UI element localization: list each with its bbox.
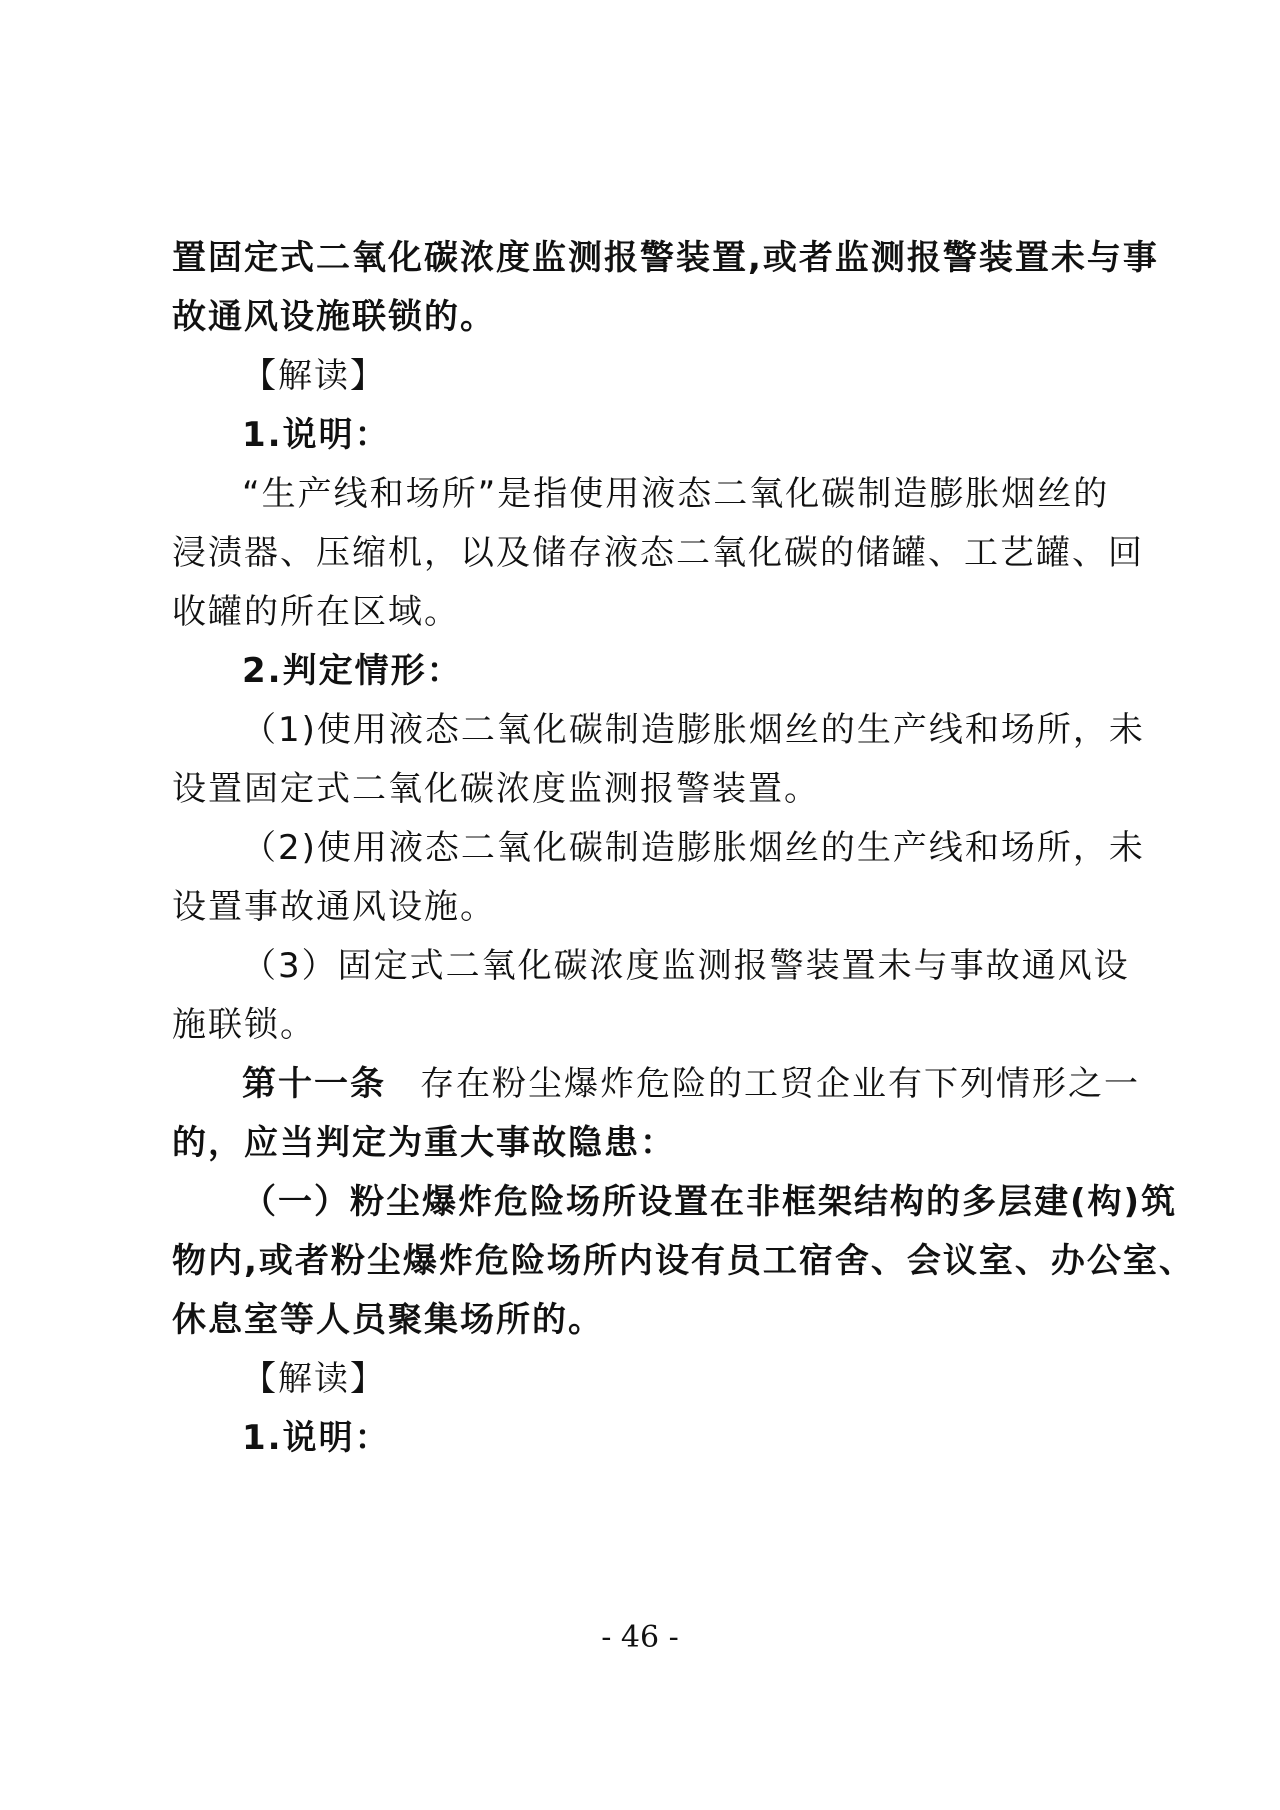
page-number: - 46 - [0, 1620, 1280, 1655]
text-line: 置固定式二氧化碳浓度监测报警装置,或者监测报警装置未与事 [172, 236, 1132, 280]
text-line: 物内,或者粉尘爆炸危险场所内设有员工宿舍、会议室、办公室、 [172, 1239, 1132, 1283]
article-text: 存在粉尘爆炸危险的工贸企业有下列情形之一 [420, 1064, 1140, 1104]
article-heading: 第十一条存在粉尘爆炸危险的工贸企业有下列情形之一 [242, 1062, 1132, 1106]
text-line: 浸渍器、压缩机，以及储存液态二氧化碳的储罐、工艺罐、回 [172, 531, 1132, 575]
text-line: 收罐的所在区域。 [172, 590, 1132, 634]
section-heading-interpretation: 【解读】 [242, 1357, 1132, 1401]
text-line: （3）固定式二氧化碳浓度监测报警装置未与事故通风设 [242, 944, 1132, 988]
text-line: 施联锁。 [172, 1003, 1132, 1047]
text-line: （一）粉尘爆炸危险场所设置在非框架结构的多层建(构)筑 [242, 1180, 1132, 1224]
section-heading-interpretation: 【解读】 [242, 354, 1132, 398]
text-line: 故通风设施联锁的。 [172, 295, 1132, 339]
text-line: “生产线和场所”是指使用液态二氧化碳制造膨胀烟丝的 [242, 472, 1132, 516]
article-label: 第十一条 [242, 1064, 386, 1104]
text-line: （2)使用液态二氧化碳制造膨胀烟丝的生产线和场所，未 [242, 826, 1132, 870]
text-line: 的，应当判定为重大事故隐患： [172, 1121, 1132, 1165]
text-line: 休息室等人员聚集场所的。 [172, 1298, 1132, 1342]
text-line: 设置固定式二氧化碳浓度监测报警装置。 [172, 767, 1132, 811]
subheading-criteria: 2.判定情形： [242, 649, 1132, 693]
subheading-explanation: 1.说明： [242, 413, 1132, 457]
document-page: 置固定式二氧化碳浓度监测报警装置,或者监测报警装置未与事 故通风设施联锁的。 【… [0, 0, 1280, 1810]
text-line: （1)使用液态二氧化碳制造膨胀烟丝的生产线和场所，未 [242, 708, 1132, 752]
text-line: 设置事故通风设施。 [172, 885, 1132, 929]
subheading-explanation: 1.说明： [242, 1416, 1132, 1460]
